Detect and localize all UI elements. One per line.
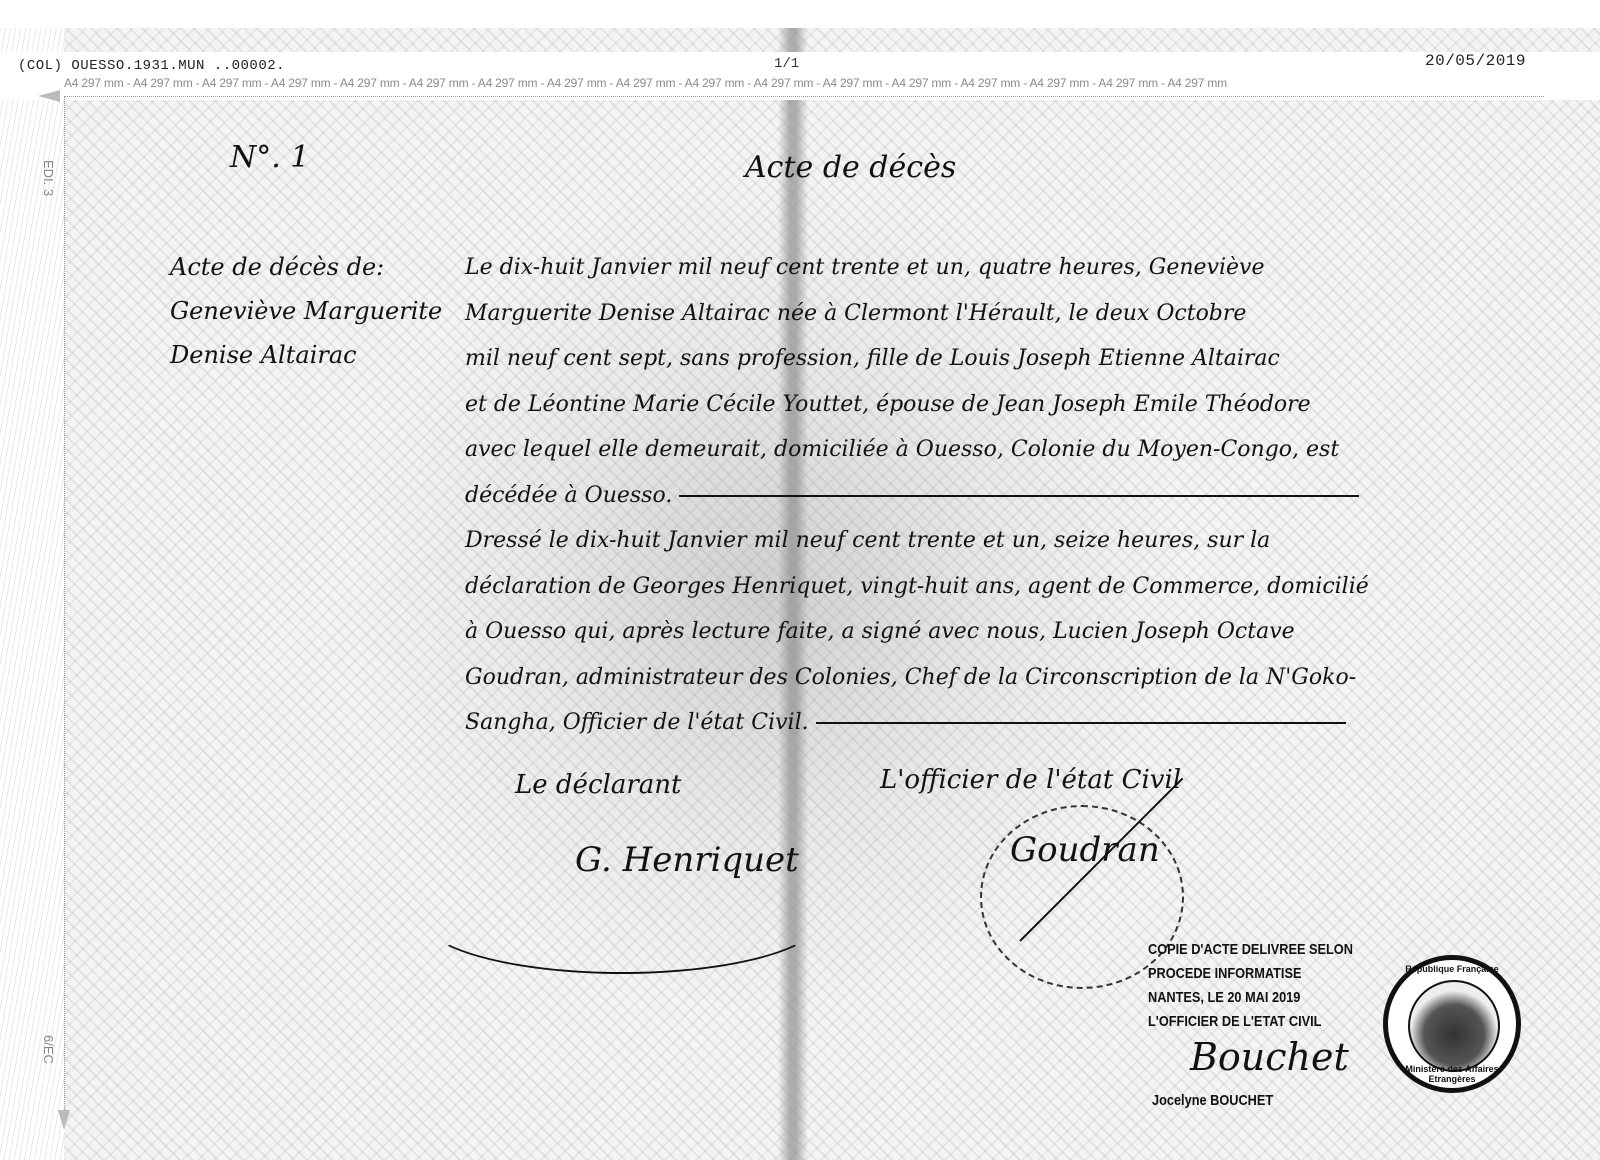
officer-label: L'officier de l'état Civil <box>880 765 1181 795</box>
drawn-up-line: déclaration de Georges Henriquet, vingt-… <box>465 564 1390 610</box>
seal-top-text: République Française <box>1388 964 1516 974</box>
drawn-up-line: à Ouesso qui, après lecture faite, a sig… <box>465 609 1390 655</box>
page-number: 1/1 <box>774 56 799 72</box>
record-title: Acte de décès <box>745 150 956 185</box>
fill-rule <box>679 495 1359 497</box>
drawn-up-line: Goudran, administrateur des Colonies, Ch… <box>465 655 1390 701</box>
drawn-up-line: Dressé le dix-huit Janvier mil neuf cent… <box>465 518 1390 564</box>
ruler-line <box>64 96 1544 97</box>
side-label-form: 6/EC <box>41 1035 56 1064</box>
paper-size-ruler: A4 297 mm - A4 297 mm - A4 297 mm - A4 2… <box>64 76 1544 90</box>
left-margin <box>0 28 64 1160</box>
record-body: Le dix-huit Janvier mil neuf cent trente… <box>465 245 1390 746</box>
seal-bottom-text: Ministère des Affaires Etrangères <box>1388 1064 1516 1084</box>
record-number: N°. 1 <box>230 140 309 175</box>
marianne-emblem-icon <box>1408 980 1500 1072</box>
declarant-flourish <box>420 860 824 974</box>
body-line: Marguerite Denise Altairac née à Clermon… <box>465 291 1390 337</box>
certification-line: L'OFFICIER DE L'ETAT CIVIL <box>1148 1010 1353 1034</box>
margin-note-line: Geneviève Marguerite <box>170 289 460 333</box>
certifier-name: Jocelyne BOUCHET <box>1152 1092 1273 1109</box>
body-line: Le dix-huit Janvier mil neuf cent trente… <box>465 245 1390 291</box>
certification-block: COPIE D'ACTE DELIVREE SELON PROCEDE INFO… <box>1148 938 1353 1034</box>
officer-signature: Goudran <box>1010 830 1160 870</box>
certification-line: COPIE D'ACTE DELIVREE SELON <box>1148 938 1353 962</box>
body-line-text: décédée à Ouesso. <box>465 483 672 508</box>
body-line: mil neuf cent sept, sans profession, fil… <box>465 336 1390 382</box>
body-line: avec lequel elle demeurait, domiciliée à… <box>465 427 1390 473</box>
drawn-up-line-last: Sangha, Officier de l'état Civil. <box>465 700 1390 746</box>
margin-note-line: Acte de décès de: <box>170 245 460 289</box>
arrow-left-icon <box>38 90 60 102</box>
body-line: et de Léontine Marie Cécile Youttet, épo… <box>465 382 1390 428</box>
certification-line: NANTES, LE 20 MAI 2019 <box>1148 986 1353 1010</box>
side-label-edition: EDI. 3 <box>41 160 56 196</box>
certification-line: PROCEDE INFORMATISE <box>1148 962 1353 986</box>
body-line-last: décédée à Ouesso. <box>465 473 1390 519</box>
arrow-down-icon <box>58 1110 70 1130</box>
drawn-up-line-text: Sangha, Officier de l'état Civil. <box>465 710 809 735</box>
certifier-signature: Bouchet <box>1190 1035 1349 1079</box>
print-date: 20/05/2019 <box>1425 52 1526 70</box>
vertical-ruler-line <box>64 96 65 1126</box>
margin-note: Acte de décès de: Geneviève Marguerite D… <box>170 245 460 377</box>
document-reference: (COL) OUESSO.1931.MUN ..00002. <box>18 58 285 74</box>
fill-rule <box>816 722 1346 724</box>
margin-note-line: Denise Altairac <box>170 333 460 377</box>
ministry-seal: République Française Ministère des Affai… <box>1383 955 1521 1093</box>
declarant-label: Le déclarant <box>515 770 681 800</box>
